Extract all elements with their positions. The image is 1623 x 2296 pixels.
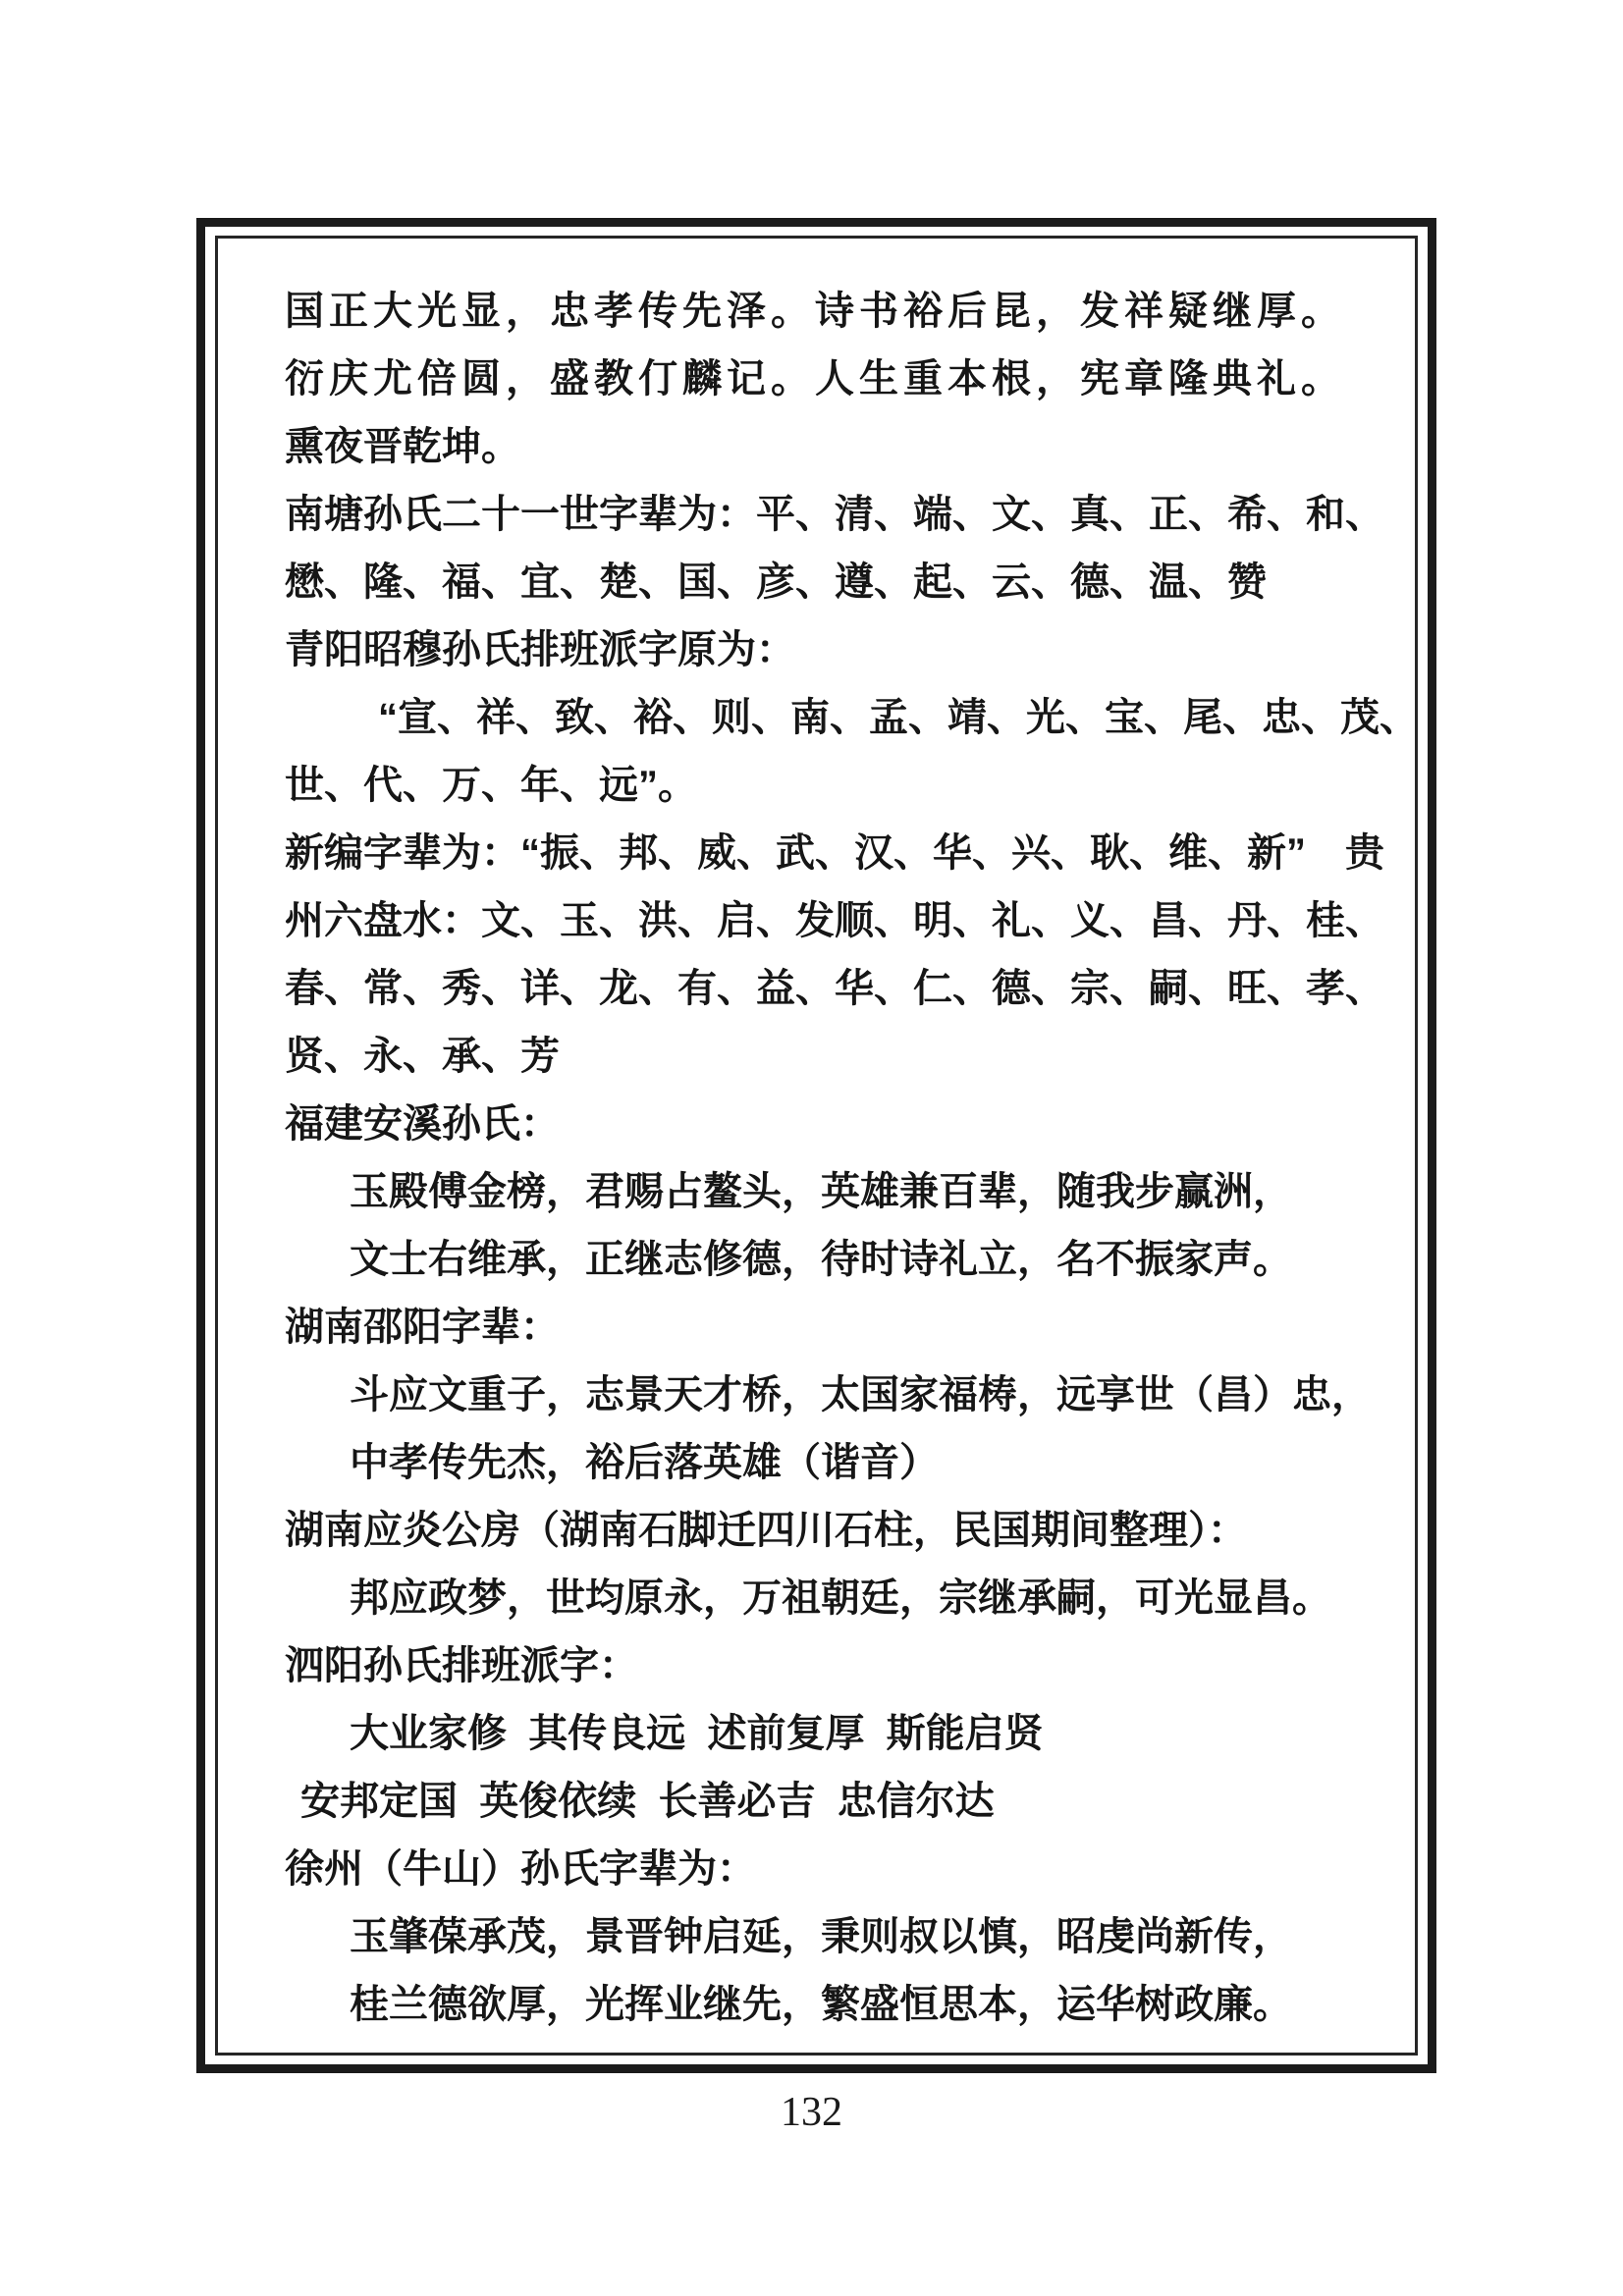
text-line: 州六盘水：文、玉、洪、启、发顺、明、礼、义、昌、丹、桂、 [285,887,1427,955]
text-line: 熏夜晋乾坤。 [285,413,1427,481]
page-number: 132 [0,2089,1623,2136]
text-line: 南塘孙氏二十一世字辈为：平、清、端、文、真、正、希、和、 [285,481,1427,549]
text-line: 世、代、万、年、远”。 [285,752,1427,820]
section-heading: 青阳昭穆孙氏排班派字原为： [285,616,1427,684]
text-line: 衍庆尤倍圆，盛教仃麟记。人生重本根，宪章隆典礼。 [285,346,1427,413]
text-line: 新编字辈为：“振、邦、威、武、汉、华、兴、耿、维、新” 贵 [285,820,1427,887]
text-line: 文士右维承，正继志修德，待时诗礼立，名不振家声。 [285,1226,1427,1294]
text-block: 国正大光显，忠孝传先泽。诗书裕后昆，发祥疑继厚。 衍庆尤倍圆，盛教仃麟记。人生重… [285,278,1427,2039]
text-line: 懋、隆、福、宜、楚、国、彦、遵、起、云、德、温、赞 [285,549,1427,616]
section-heading: 泗阳孙氏排班派字： [285,1632,1427,1700]
text-line: 大业家修 其传良远 述前复厚 斯能启贤 [285,1700,1427,1768]
text-line: 国正大光显，忠孝传先泽。诗书裕后昆，发祥疑继厚。 [285,278,1427,346]
text-line: “宣、祥、致、裕、则、南、孟、靖、光、宝、尾、忠、茂、 [285,684,1427,752]
section-heading: 福建安溪孙氏： [285,1091,1427,1158]
text-line: 安邦定国 英俊依续 长善必吉 忠信尔达 [285,1768,1427,1836]
text-line: 春、常、秀、详、龙、有、益、华、仁、德、宗、嗣、旺、孝、 [285,955,1427,1023]
section-heading: 湖南邵阳字辈： [285,1294,1427,1362]
text-line: 桂兰德欲厚，光挥业继先，繁盛恒思本，运华树政廉。 [285,1971,1427,2039]
text-line: 斗应文重子，志景天才桥，太国家福梼，远享世（昌）忠， [285,1362,1427,1429]
text-line: 玉殿傅金榜，君赐占鳌头，英雄兼百辈，随我步赢洲， [285,1158,1427,1226]
section-heading: 徐州（牛山）孙氏字辈为： [285,1836,1427,1903]
text-line: 邦应政梦，世均原永，万祖朝廷，宗继承嗣，可光显昌。 [285,1565,1427,1632]
text-line: 贤、永、承、芳 [285,1023,1427,1091]
text-line: 玉肇葆承茂，景晋钟启延，秉则叔以慎，昭虔尚新传， [285,1903,1427,1971]
section-heading: 湖南应炎公房（湖南石脚迁四川石柱，民国期间整理）： [285,1497,1427,1565]
text-line: 中孝传先杰，裕后落英雄（谐音） [285,1429,1427,1497]
